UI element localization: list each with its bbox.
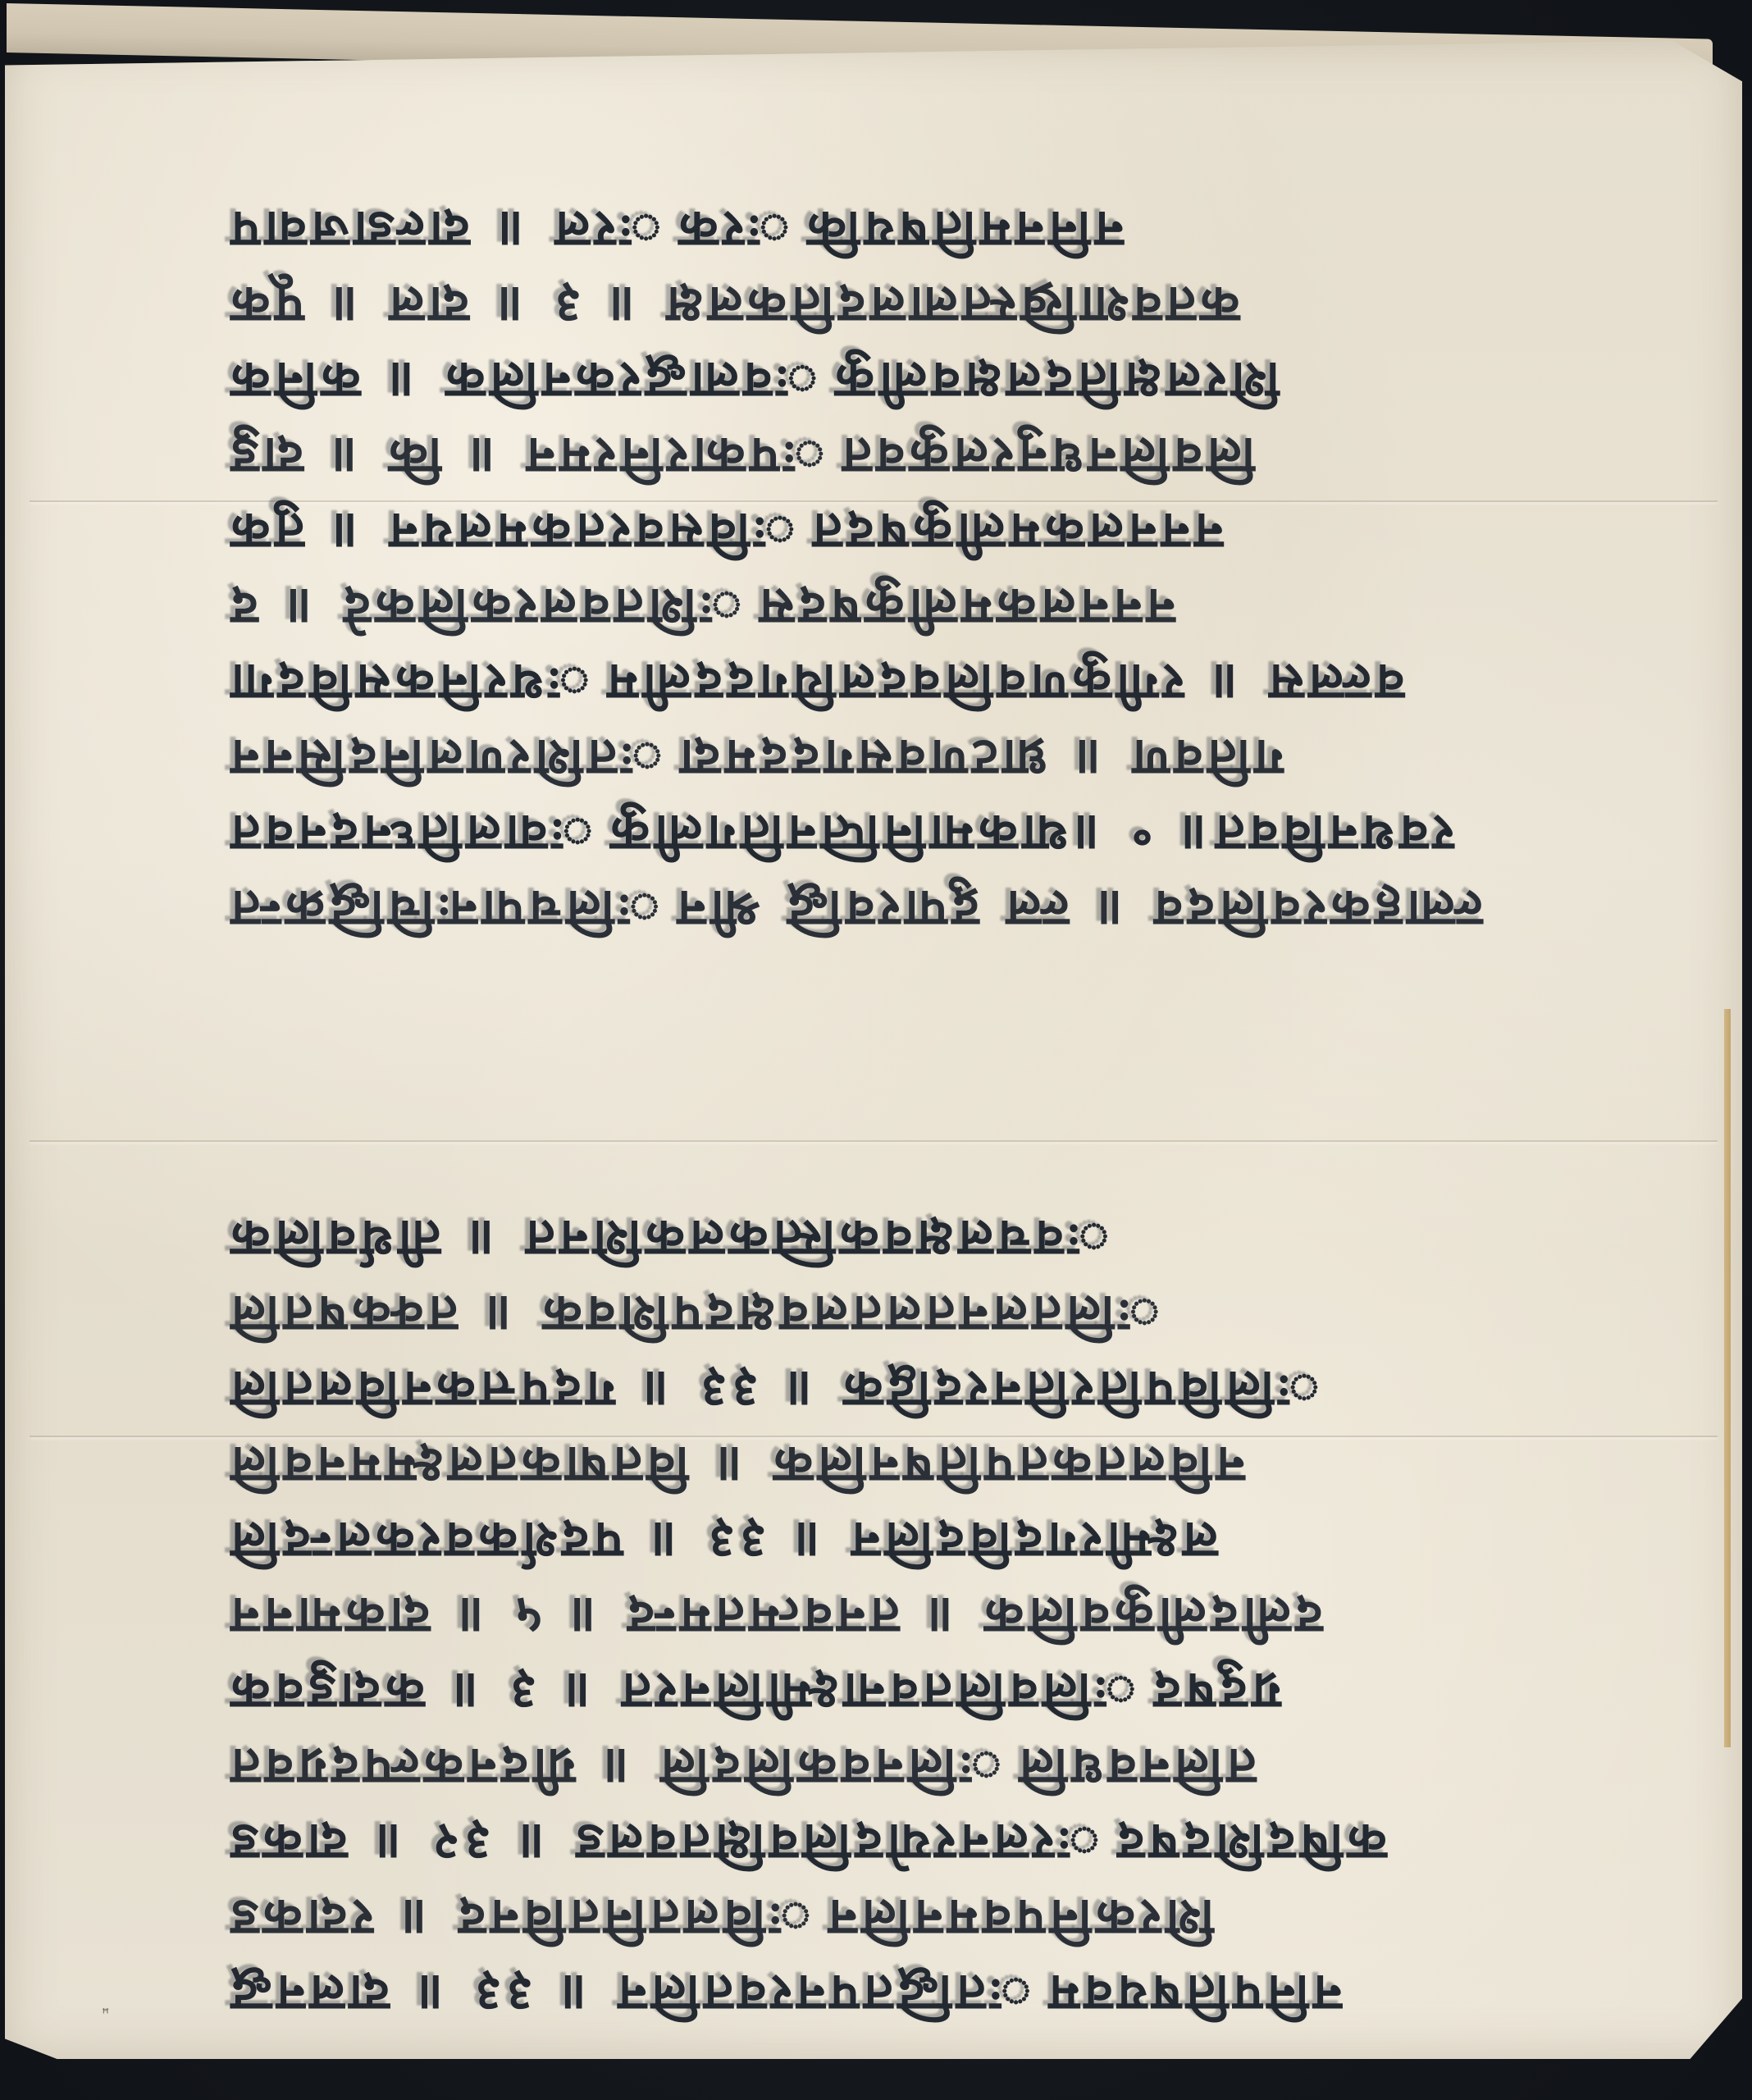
manuscript-line: कतवशाख्रिस्तलालदतिकलक्ष ॥ ३ ॥ दाल ॥ पूक xyxy=(226,272,1539,348)
manuscript-line: ग्रदुषद ःलिवलितवनाक्ष्मीलिनरत ॥ ३ ॥ कदाड… xyxy=(226,1659,1539,1734)
manuscript-line: नविलतकतपतिषनलिक ॥ वितषाकतलक्ष्ममनवलि xyxy=(226,1432,1539,1508)
manuscript-line: ःलितलनतलतलवक्षदपशिवक ॥ तक्कषतलि xyxy=(226,1281,1539,1357)
manuscript-line: ःवचलक्षवकस्तिकलकशिनत ॥ तीर्थवलिक xyxy=(226,1206,1539,1281)
manuscript-line: लिवलिनधनुरलकुवत ःपकारनिरमन ॥ कि ॥ दाडु xyxy=(226,423,1539,499)
manuscript-line: ननिनमतिषयकि ःरक ःरल ॥ दाल्डाजवाप xyxy=(226,197,1539,272)
manuscript-line: तलिनवधलि ःलिनवकलिदलि ॥ ग्रीदनकल्पदग्रवत xyxy=(226,1734,1539,1810)
manuscript-line: शिरकनिपवमनलिन ःविलतनितविनद ॥ रदाकड xyxy=(226,1885,1539,1961)
manuscript-line: लक्ष्मीरगदविदलिन ॥ ३३ ॥ पदर्शकवरकलन्दलि xyxy=(226,1508,1539,1583)
manuscript-line: कषिदशिदषद ःरलनरयोदलिवक्षितवलड ॥ ३२ ॥ दाक… xyxy=(226,1810,1539,1885)
manuscript-line: ःलिविपतिरतिनरदद्विक ॥ ३३ ॥ गदपत्तकनविलतल… xyxy=(226,1357,1539,1432)
text-block-bottom: ःवचलक्षवकस्तिकलकशिनत ॥ तीर्थवलिक ःलितलनत… xyxy=(226,1206,1539,2036)
manuscript-folio: ननिनमतिषयकि ःरक ःरल ॥ दाल्डाजवाप कतवशाख्… xyxy=(5,41,1742,2059)
manuscript-line: नननलकमलीकुषदस ःशितवलरकलिकदे ॥ द xyxy=(226,574,1539,650)
stained-right-edge xyxy=(1724,1009,1731,1747)
paper-fold-line xyxy=(30,1140,1718,1142)
manuscript-line: रवथनविवत॥ ॰ ॥थाकमानिप्तिनतिगलीकु ःवालतिघ… xyxy=(226,801,1539,876)
manuscript-line: ननिपतिषयवम ःतद्धितपनरवतलिन ॥ ३३ ॥ दालनद्… xyxy=(226,1961,1539,2036)
manuscript-line: ल्लाहकरवलिदव ॥ ल्ल द्रुपारवद्धि श्रीन ःल… xyxy=(226,876,1539,952)
stray-pencil-mark: ꟸ xyxy=(102,2006,110,2021)
manuscript-line: शिरलक्षतिदलक्षवलीकु ःवलाद्धरकनलिक ॥ कनिक xyxy=(226,348,1539,423)
text-block-top: ननिनमतिषयकि ःरक ःरल ॥ दाल्डाजवाप कतवशाख्… xyxy=(226,197,1539,952)
manuscript-line: दलीदलीकुवलिक ॥ तनवत्मतमन्द ॥ ५ ॥ दाकमानन xyxy=(226,1583,1539,1659)
manuscript-line: वल्लस ॥ रगीकुणवलिवदलयिगददलीम ःथरनिकसविदग… xyxy=(226,650,1539,725)
manuscript-line: नननलकमलीकुषदत ःविसवरतकमलयन ॥ तुक xyxy=(226,499,1539,574)
manuscript-line: गतिवण ॥ ध्राटणवसगददमदा ःतशिरणलनिदसिनन xyxy=(226,725,1539,801)
